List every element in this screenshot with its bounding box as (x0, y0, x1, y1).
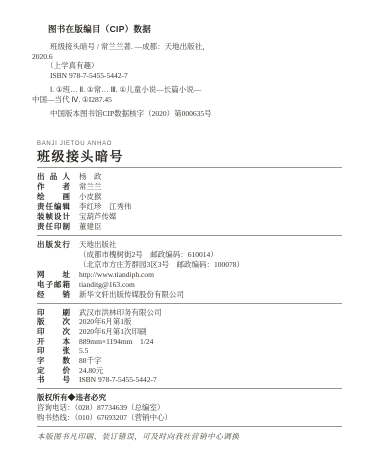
cip-line: ISBN 978-7-5455-5442-7 (50, 71, 342, 81)
cip-line: 班级接头暗号 / 常兰兰著. —成都：天地出版社， (50, 42, 342, 52)
divider (37, 303, 342, 304)
field-label: 作者 (37, 182, 70, 192)
field-label: 责任编辑 (37, 202, 70, 212)
field-value: 杨 政 (79, 172, 342, 182)
field-label: 字数 (37, 356, 70, 366)
printing-row: 印张5.5 (37, 346, 342, 356)
field-label: 印张 (37, 346, 70, 356)
printing-block: 印刷武汉市洪林印务有限公司 版次2020年6月第1版 印次2020年6月第1次印… (37, 308, 342, 386)
cip-line: 2020.6 (32, 52, 342, 62)
cip-line: （上学真有趣） (46, 61, 342, 71)
field-value: （北京市方庄芳群园3区3号 邮政编码：100078） (79, 260, 342, 270)
field-value: 2020年6月第1版 (79, 317, 342, 327)
cip-classification: 中国—当代 Ⅳ. ①I287.45 (32, 95, 342, 105)
publisher-address: （成都市槐树街2号 邮政编码：610014） (37, 250, 342, 260)
credit-row: 装帧设计宝葫芦传媒 (37, 212, 342, 222)
printing-row: 字数88千字 (37, 356, 342, 366)
copyright-notice: 版权所有◆违者必究 (37, 393, 342, 403)
field-value: 李红珍 江秀伟 (79, 202, 342, 212)
publishing-block: 出版发行天地出版社 （成都市槐树街2号 邮政编码：610014） （北京市方庄芳… (37, 240, 342, 300)
purchase-hotline: 购书热线：（010）67693207（营销中心） (37, 413, 342, 423)
credit-row: 责任印制董建臣 (37, 222, 342, 232)
credits-block: 出品人杨 政 作者常兰兰 绘画小皮猴 责任编辑李红珍 江秀伟 装帧设计宝葫芦传媒… (37, 172, 342, 232)
field-value: 天地出版社 (79, 240, 342, 250)
inquiry-phone: 咨询电话：（028）87734639（总编室） (37, 403, 342, 413)
field-label: 责任印制 (37, 222, 70, 232)
divider (37, 388, 342, 389)
credit-row: 责任编辑李红珍 江秀伟 (37, 202, 342, 212)
field-label: 版次 (37, 317, 70, 327)
printing-row: 书号ISBN 978-7-5455-5442-7 (37, 375, 342, 385)
divider (37, 235, 342, 236)
book-title: 班级接头暗号 (37, 149, 342, 164)
field-value: tianditg@163.com (79, 280, 342, 290)
cip-header: 图书在版编目（CIP）数据 (48, 24, 342, 34)
printing-row: 开本889mm×1194mm 1/24 (37, 337, 342, 347)
divider (37, 426, 342, 427)
title-block: BANJI JIETOU ANHAO 班级接头暗号 (37, 141, 342, 164)
field-label: 印刷 (37, 308, 70, 318)
field-value: 2020年6月第1次印刷 (79, 327, 342, 337)
field-value: 88千字 (79, 356, 342, 366)
field-label: 出品人 (37, 172, 70, 182)
field-value: 小皮猴 (79, 192, 342, 202)
field-label: 网址 (37, 270, 70, 280)
field-value: http://www.tiandiph.com (79, 270, 342, 280)
field-value: 新华文轩出版传媒股份有限公司 (79, 290, 342, 300)
publisher-address: （北京市方庄芳群园3区3号 邮政编码：100078） (37, 260, 342, 270)
field-value: 24.80元 (79, 366, 342, 376)
credit-row: 作者常兰兰 (37, 182, 342, 192)
publishing-row: 出版发行天地出版社 (37, 240, 342, 250)
title-pinyin: BANJI JIETOU ANHAO (37, 141, 342, 148)
field-value: 武汉市洪林印务有限公司 (79, 308, 342, 318)
printing-row: 版次2020年6月第1版 (37, 317, 342, 327)
copyright-page: 图书在版编目（CIP）数据 班级接头暗号 / 常兰兰著. —成都：天地出版社， … (0, 0, 375, 467)
field-label: 经销 (37, 290, 70, 300)
field-value: 889mm×1194mm 1/24 (79, 337, 342, 347)
field-label (37, 250, 70, 260)
field-label: 绘画 (37, 192, 70, 202)
publishing-row: 网址http://www.tiandiph.com (37, 270, 342, 280)
field-value: 5.5 (79, 346, 342, 356)
field-value: 常兰兰 (79, 182, 342, 192)
printing-row: 印次2020年6月第1次印刷 (37, 327, 342, 337)
field-label: 电子邮箱 (37, 280, 70, 290)
publishing-row: 经销新华文轩出版传媒股份有限公司 (37, 290, 342, 300)
divider (37, 167, 342, 168)
printing-row: 印刷武汉市洪林印务有限公司 (37, 308, 342, 318)
printing-row: 定价24.80元 (37, 366, 342, 376)
field-value: ISBN 978-7-5455-5442-7 (79, 375, 342, 385)
field-label: 开本 (37, 337, 70, 347)
field-label: 书号 (37, 375, 70, 385)
field-label: 印次 (37, 327, 70, 337)
field-value: （成都市槐树街2号 邮政编码：610014） (79, 250, 342, 260)
exchange-note: 本版图书凡印刷、装订错误，可及时向我社营销中心调换 (37, 432, 342, 442)
cip-classification: Ⅰ. ①班… Ⅱ. ①常… Ⅲ. ①儿童小说—长篇小说— (50, 85, 342, 95)
field-label (37, 260, 70, 270)
cip-record-number: 中国版本图书馆CIP数据核字（2020）第000635号 (50, 109, 342, 119)
credit-row: 出品人杨 政 (37, 172, 342, 182)
publishing-row: 电子邮箱tianditg@163.com (37, 280, 342, 290)
copyright-block: 版权所有◆违者必究 咨询电话：（028）87734639（总编室） 购书热线：（… (37, 393, 342, 423)
field-value: 董建臣 (79, 222, 342, 232)
field-value: 宝葫芦传媒 (79, 212, 342, 222)
field-label: 出版发行 (37, 240, 70, 250)
field-label: 定价 (37, 366, 70, 376)
field-label: 装帧设计 (37, 212, 70, 222)
cip-block: 图书在版编目（CIP）数据 班级接头暗号 / 常兰兰著. —成都：天地出版社， … (37, 24, 342, 119)
credit-row: 绘画小皮猴 (37, 192, 342, 202)
